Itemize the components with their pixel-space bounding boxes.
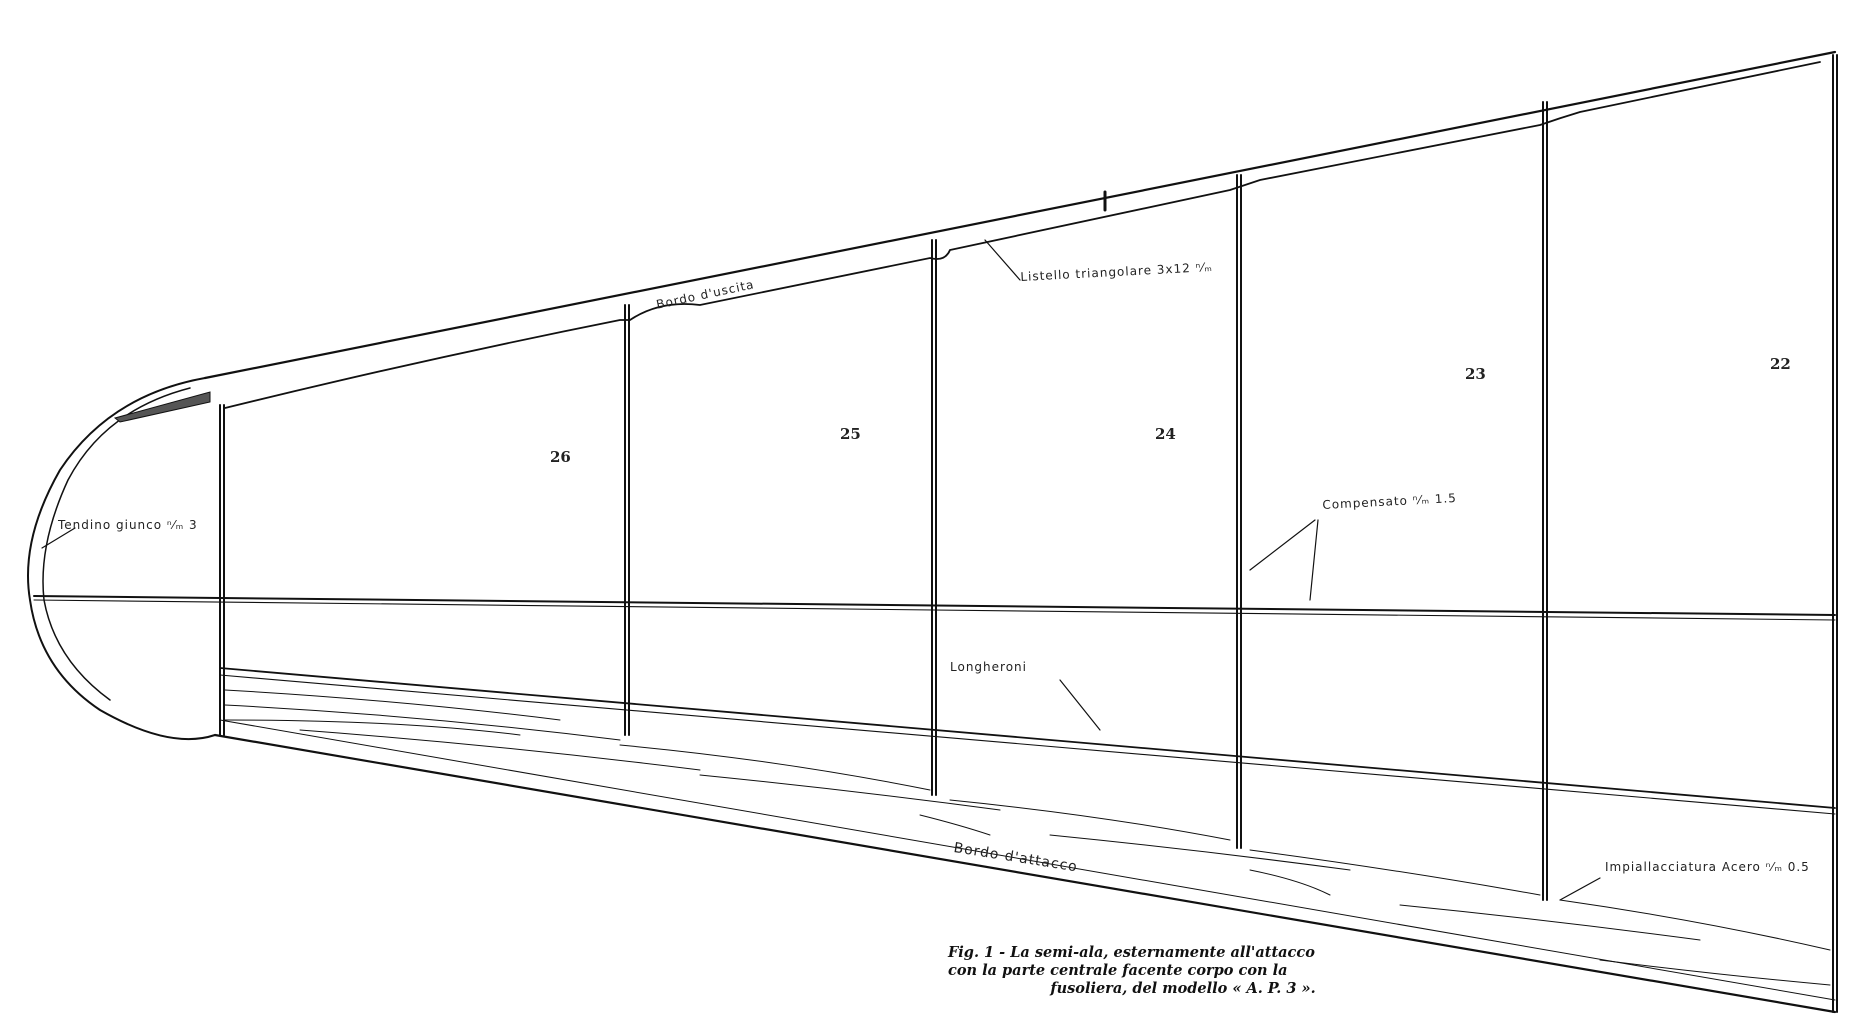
rib-number: 24	[1155, 425, 1176, 443]
wingtip-outer	[28, 378, 215, 739]
rib-number: 25	[840, 425, 861, 443]
caption-line: con la parte centrale facente corpo con …	[948, 962, 1418, 980]
caption-line: fusoliera, del modello « A. P. 3 ».	[948, 980, 1418, 998]
label-veneer: Impiallacciatura Acero ⁿ⁄ₘ 0.5	[1605, 860, 1810, 874]
figure-caption: Fig. 1 - La semi-ala, esternamente all'a…	[948, 944, 1418, 998]
main-spar	[34, 596, 1835, 615]
wingtip-inner	[43, 388, 190, 700]
wing-drawing	[0, 0, 1858, 1030]
label-spars: Longheroni	[950, 660, 1027, 674]
rib-number: 22	[1770, 355, 1791, 373]
trailing-edge-inner	[225, 62, 1820, 408]
rib-number: 26	[550, 448, 571, 466]
caption-line: Fig. 1 - La semi-ala, esternamente all'a…	[948, 944, 1418, 962]
rear-spar	[220, 668, 1835, 808]
trailing-edge-outer	[205, 52, 1835, 378]
rib-number: 23	[1465, 365, 1486, 383]
label-tip-tendon: Tendino giunco ⁿ⁄ₘ 3	[58, 518, 198, 532]
